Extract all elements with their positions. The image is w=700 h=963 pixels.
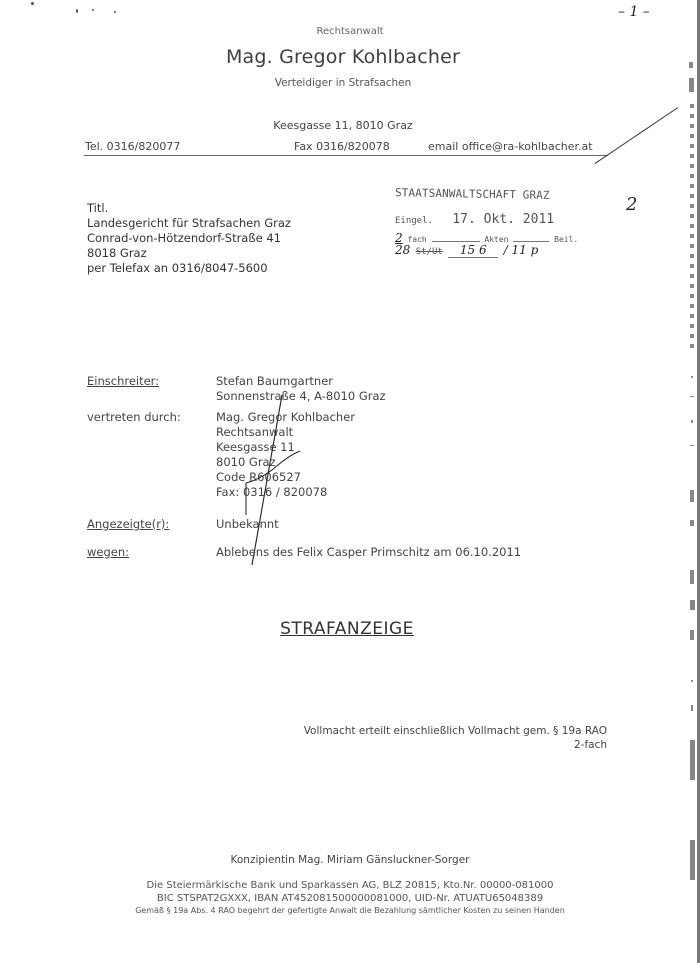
letterhead-profession: Rechtsanwalt bbox=[0, 26, 700, 37]
stamp-received-date: 17. Okt. 2011 bbox=[452, 212, 554, 227]
handwritten-page-number: – 1 – bbox=[618, 4, 650, 20]
power-of-attorney-copies: 2-fach bbox=[260, 738, 607, 752]
footer-associate: Konzipientin Mag. Miriam Gänsluckner-Sor… bbox=[0, 854, 700, 866]
power-of-attorney-note: Vollmacht erteilt einschließlich Vollmac… bbox=[260, 724, 607, 752]
stamp-received-row: Eingel. 17. Okt. 2011 bbox=[395, 212, 605, 227]
complainant-name: Stefan Baumgartner bbox=[216, 374, 386, 389]
power-of-attorney-line: Vollmacht erteilt einschließlich Vollmac… bbox=[260, 724, 607, 738]
stamp-office: STAATSANWALTSCHAFT GRAZ bbox=[395, 186, 605, 203]
stamp-received-label: Eingel. bbox=[395, 216, 433, 226]
stamp-reference-number: 15 6 bbox=[448, 243, 498, 258]
footer-rao-note: Gemäß § 19a Abs. 4 RAO begehrt der gefer… bbox=[0, 906, 700, 915]
addressee-block: Titl. Landesgericht für Strafsachen Graz… bbox=[87, 201, 291, 276]
stamp-reference-suffix: / 11 p bbox=[504, 243, 539, 257]
letterhead-divider bbox=[84, 155, 608, 156]
reason-value: Ablebens des Felix Casper Primschitz am … bbox=[216, 545, 521, 560]
letterhead-address: Keesgasse 11, 8010 Graz bbox=[0, 119, 686, 132]
representative-label: vertreten durch: bbox=[87, 410, 181, 424]
reason-label: wegen: bbox=[87, 545, 129, 559]
scan-specks bbox=[0, 0, 200, 80]
handwritten-signature bbox=[232, 395, 312, 565]
letterhead-specialty: Verteidiger in Strafsachen bbox=[0, 77, 686, 89]
received-stamp: STAATSANWALTSCHAFT GRAZ Eingel. 17. Okt.… bbox=[395, 188, 605, 258]
letterhead-fax: Fax 0316/820078 bbox=[294, 140, 390, 153]
handwritten-margin-note: 2 bbox=[626, 194, 637, 215]
letterhead-tel: Tel. 0316/820077 bbox=[85, 140, 180, 153]
accused-value: Unbekannt bbox=[216, 517, 279, 532]
stamp-reference-row: 28 St/Ut 15 6 / 11 p bbox=[395, 243, 605, 258]
document-title: STRAFANZEIGE bbox=[0, 619, 694, 639]
stamp-enclosures-label: Beil. bbox=[554, 235, 578, 244]
addressee-line: per Telefax an 0316/8047-5600 bbox=[87, 261, 291, 276]
addressee-line: Conrad-von-Hötzendorf-Straße 41 bbox=[87, 231, 291, 246]
footer-bank-line-1: Die Steiermärkische Bank und Sparkassen … bbox=[0, 880, 700, 891]
addressee-line: Landesgericht für Strafsachen Graz bbox=[87, 216, 291, 231]
letterhead-name: Mag. Gregor Kohlbacher bbox=[0, 46, 686, 68]
footer-bank-line-2: BIC STSPAT2GXXX, IBAN AT4520815000000810… bbox=[0, 893, 700, 904]
addressee-line: Titl. bbox=[87, 201, 291, 216]
addressee-line: 8018 Graz bbox=[87, 246, 291, 261]
letterhead-contact-row: Tel. 0316/820077 Fax 0316/820078 email o… bbox=[85, 140, 605, 156]
document-title-text: STRAFANZEIGE bbox=[280, 619, 414, 639]
accused-label: Angezeigte(r): bbox=[87, 517, 169, 531]
stamp-reference-hand: 28 bbox=[395, 243, 410, 257]
letterhead-email: email office@ra-kohlbacher.at bbox=[428, 140, 593, 153]
stamp-reference-label: St/Ut bbox=[416, 247, 443, 257]
complainant-label: Einschreiter: bbox=[87, 374, 159, 388]
handwritten-stroke bbox=[595, 107, 679, 164]
